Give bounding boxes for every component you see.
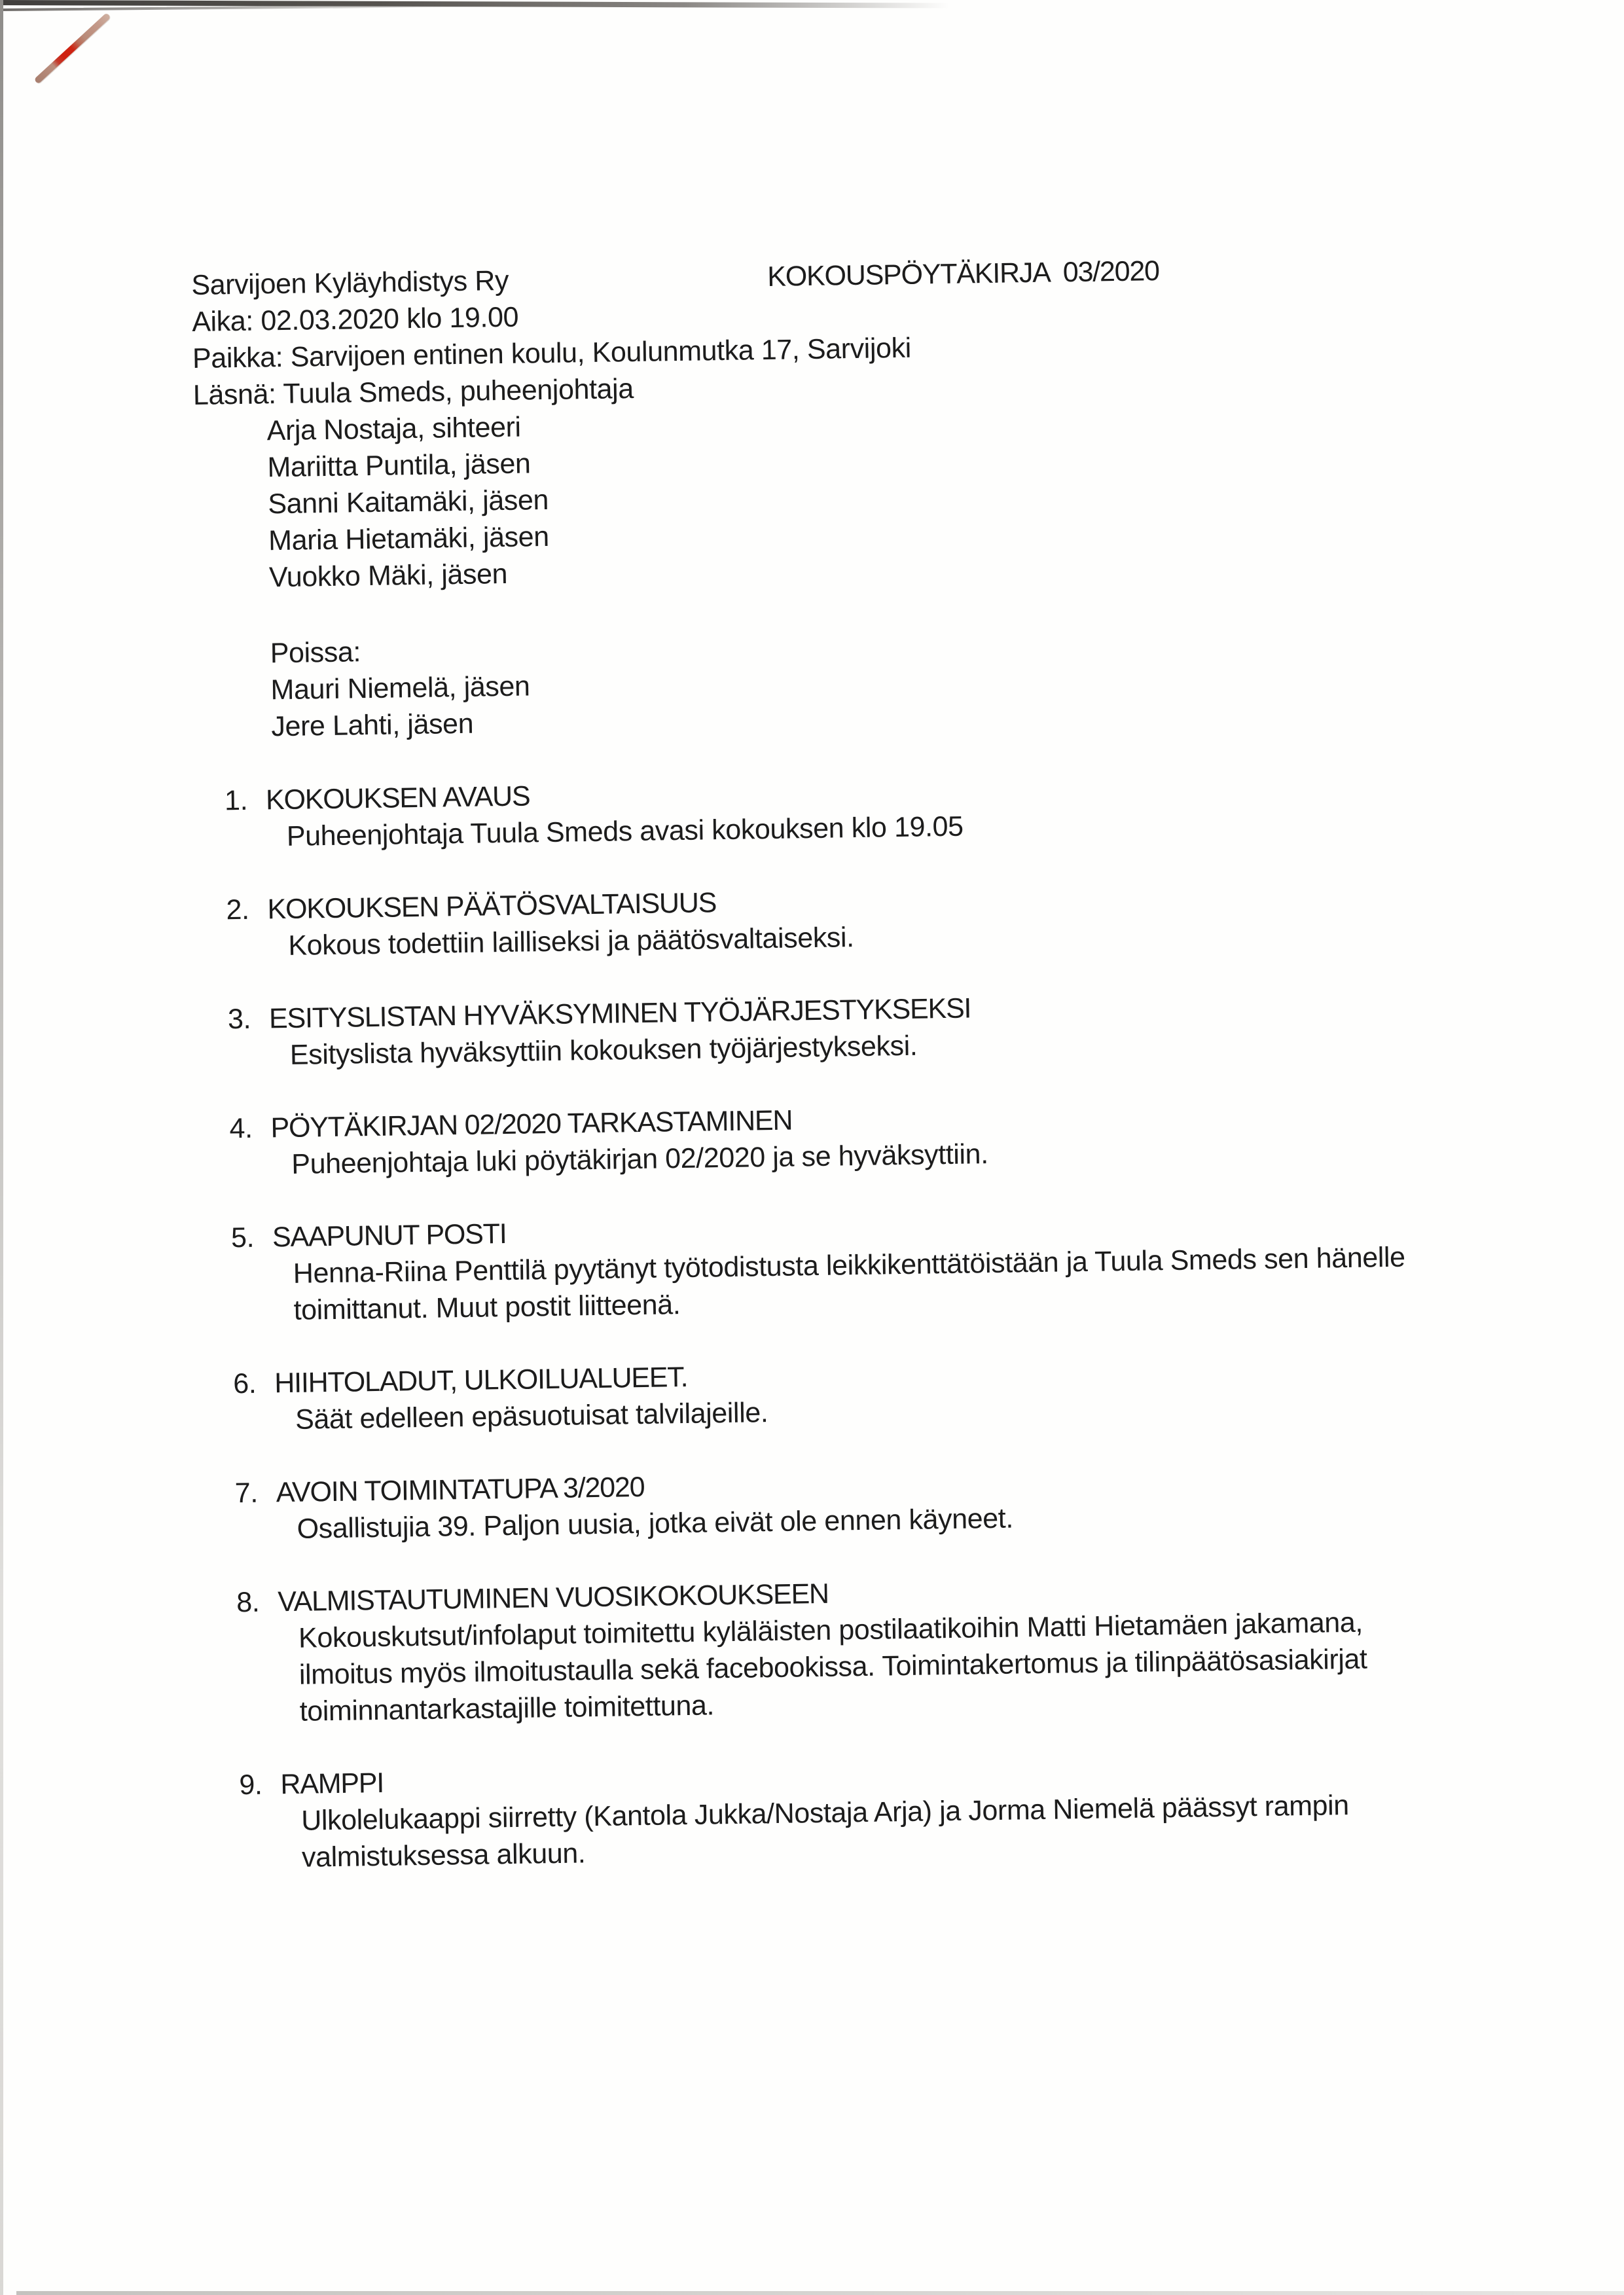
document-title: KOKOUSPÖYTÄKIRJA 03/2020 xyxy=(767,253,1159,295)
section-number: 3. xyxy=(228,1001,251,1038)
agenda-section: 8. VALMISTAUTUMINEN VUOSIKOKOUKSEEN Koko… xyxy=(211,1565,1522,1731)
section-number: 9. xyxy=(239,1767,262,1804)
scan-bottom-edge-shadow xyxy=(16,2291,1624,2295)
section-number: 6. xyxy=(233,1365,257,1403)
section-number: 2. xyxy=(226,892,249,929)
organization-name: Sarvijoen Kyläyhdistys Ry xyxy=(191,265,509,301)
section-number: 4. xyxy=(229,1110,253,1147)
section-number: 7. xyxy=(234,1475,258,1512)
agenda-section: 9. RAMPPI Ulkolelukaappi siirretty (Kant… xyxy=(213,1748,1524,1877)
pen-mark xyxy=(34,12,111,84)
section-number: 8. xyxy=(236,1584,260,1621)
agenda-section: 4. PÖYTÄKIRJAN 02/2020 TARKASTAMINEN Puh… xyxy=(204,1091,1513,1184)
document-content: Sarvijoen Kyläyhdistys Ry KOKOUSPÖYTÄKIR… xyxy=(191,247,1525,1913)
section-number: 5. xyxy=(231,1220,255,1257)
agenda-section: 2. KOKOUKSEN PÄÄTÖSVALTAISUUS Kokous tod… xyxy=(200,873,1510,966)
scan-left-edge-shadow xyxy=(0,0,3,2295)
agenda-section: 3. ESITYSLISTAN HYVÄKSYMINEN TYÖJÄRJESTY… xyxy=(202,982,1512,1075)
section-body: Kokouskutsut/infolaput toimitettu kylälä… xyxy=(298,1602,1522,1730)
agenda-section: 5. SAAPUNUT POSTI Henna-Riina Penttilä p… xyxy=(206,1201,1516,1330)
scanned-meeting-minutes-page: Sarvijoen Kyläyhdistys Ry KOKOUSPÖYTÄKIR… xyxy=(0,0,1624,2295)
section-number: 1. xyxy=(225,782,248,820)
agenda-section: 6. HIIHTOLADUT, ULKOILUALUEET. Säät edel… xyxy=(208,1346,1517,1439)
agenda-section: 7. AVOIN TOIMINTATUPA 3/2020 Osallistuji… xyxy=(209,1456,1519,1549)
